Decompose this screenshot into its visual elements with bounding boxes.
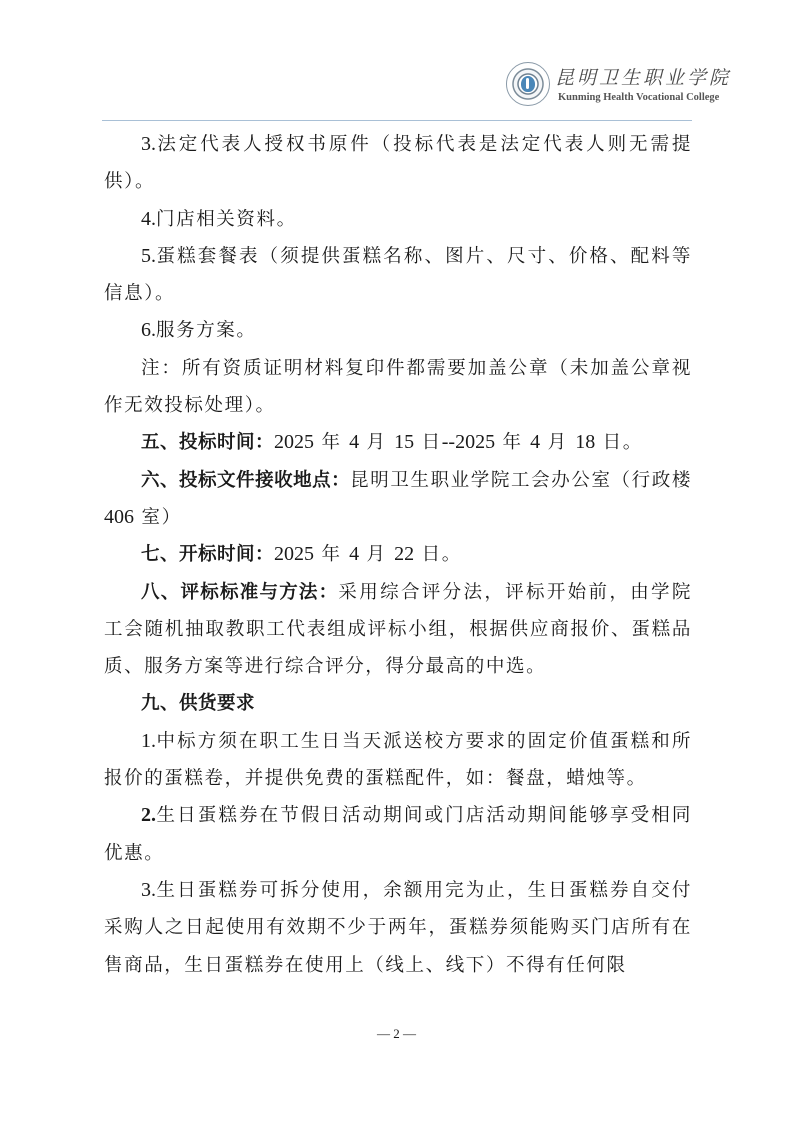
section-supply-heading: 九、供货要求 [104, 685, 692, 722]
note-paragraph: 注：所有资质证明材料复印件都需要加盖公章（未加盖公章视作无效投标处理）。 [104, 350, 692, 425]
item-text: 生日蛋糕券在节假日活动期间或门店活动期间能够享受相同优惠。 [104, 805, 692, 863]
item-text: 蛋糕套餐表（须提供蛋糕名称、图片、尺寸、价格、配料等信息）。 [104, 246, 692, 304]
section-label: 七、开标时间： [141, 544, 274, 565]
month: 4 [530, 431, 540, 453]
item-number: 3. [141, 879, 156, 901]
section-opening-time: 七、开标时间：2025 年 4 月 22 日。 [104, 536, 692, 573]
section-bid-location: 六、投标文件接收地点：昆明卫生职业学院工会办公室（行政楼 406 室） [104, 462, 692, 537]
location-text: 昆明卫生职业学院工会办公室（行政楼 [350, 470, 692, 491]
text: 月 [359, 544, 394, 565]
text: 年 [314, 432, 349, 453]
requirement-item-5: 5.蛋糕套餐表（须提供蛋糕名称、图片、尺寸、价格、配料等信息）。 [104, 238, 692, 313]
month: 4 [349, 431, 359, 453]
emblem-center-icon [521, 76, 535, 92]
item-number: 2. [141, 804, 156, 826]
requirement-item-3: 3.法定代表人授权书原件（投标代表是法定代表人则无需提供）。 [104, 126, 692, 201]
day: 22 [394, 543, 414, 565]
item-text: 服务方案。 [156, 320, 257, 341]
requirement-item-6: 6.服务方案。 [104, 312, 692, 349]
page-number: — 2 — [0, 1026, 793, 1042]
text: 年 [495, 432, 530, 453]
section-evaluation: 八、评标标准与方法：采用综合评分法，评标开始前，由学院工会随机抽取教职工代表组成… [104, 574, 692, 686]
college-name-en: Kunming Health Vocational College [558, 92, 719, 103]
day: 18 [575, 431, 595, 453]
day: 15 [394, 431, 414, 453]
item-text: 生日蛋糕券可拆分使用，余额用完为止，生日蛋糕券自交付采购人之日起使用有效期不少于… [104, 880, 692, 976]
year: 2025 [274, 431, 314, 453]
item-number: 3. [141, 133, 156, 155]
item-text: 门店相关资料。 [156, 209, 297, 230]
text: 日。 [595, 432, 643, 453]
college-emblem-icon [506, 62, 550, 106]
supply-item-2: 2.生日蛋糕券在节假日活动期间或门店活动期间能够享受相同优惠。 [104, 797, 692, 872]
year: 2025 [455, 431, 495, 453]
year: 2025 [274, 543, 314, 565]
item-text: 法定代表人授权书原件（投标代表是法定代表人则无需提供）。 [104, 134, 692, 192]
page-header: 昆明卫生职业学院 Kunming Health Vocational Colle… [0, 0, 793, 125]
range-separator: -- [442, 431, 455, 453]
supply-item-3: 3.生日蛋糕券可拆分使用，余额用完为止，生日蛋糕券自交付采购人之日起使用有效期不… [104, 872, 692, 984]
text: 日。 [414, 544, 462, 565]
text: 月 [540, 432, 575, 453]
section-label: 六、投标文件接收地点： [141, 470, 350, 491]
college-name-cn: 昆明卫生职业学院 [555, 63, 731, 90]
supply-item-1: 1.中标方须在职工生日当天派送校方要求的固定价值蛋糕和所报价的蛋糕卷，并提供免费… [104, 723, 692, 798]
item-text: 中标方须在职工生日当天派送校方要求的固定价值蛋糕和所报价的蛋糕卷，并提供免费的蛋… [104, 731, 692, 789]
item-number: 6. [141, 319, 156, 341]
requirement-item-4: 4.门店相关资料。 [104, 201, 692, 238]
section-label: 八、评标标准与方法： [141, 582, 338, 603]
header-divider [102, 120, 692, 121]
section-bid-time: 五、投标时间：2025 年 4 月 15 日--2025 年 4 月 18 日。 [104, 424, 692, 461]
room-number: 406 [104, 506, 134, 528]
month: 4 [349, 543, 359, 565]
document-body: 3.法定代表人授权书原件（投标代表是法定代表人则无需提供）。 4.门店相关资料。… [104, 126, 692, 984]
text: 年 [314, 544, 349, 565]
item-number: 4. [141, 208, 156, 230]
item-number: 5. [141, 245, 156, 267]
text: 月 [359, 432, 394, 453]
item-number: 1. [141, 730, 156, 752]
section-label: 五、投标时间： [141, 432, 274, 453]
location-text: 室） [134, 507, 182, 528]
text: 日 [414, 432, 442, 453]
